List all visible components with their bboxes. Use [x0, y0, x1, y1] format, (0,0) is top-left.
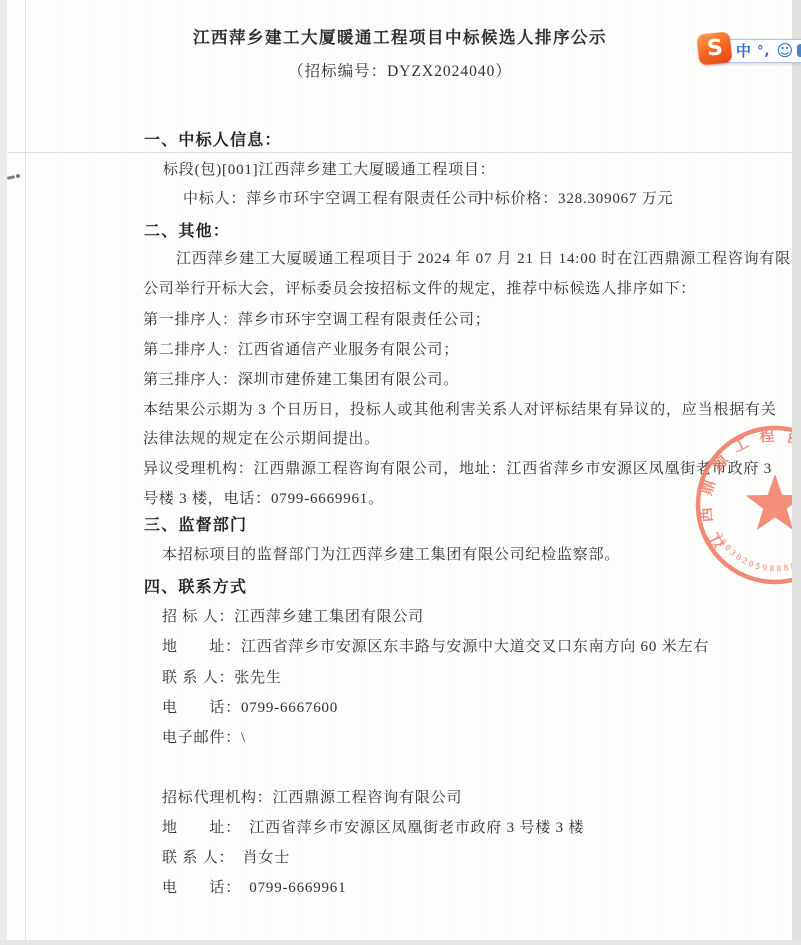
email-line: 电子邮件：\ [162, 726, 246, 747]
price-label: 中标价格： [479, 191, 558, 207]
tenderer-line: 招 标 人：江西萍乡建工集团有限公司 [162, 605, 424, 626]
scan-fold-line [25, 0, 26, 945]
scan-edge-left [0, 0, 7, 945]
agency-phone-line: 电 话： 0799-6669961 [162, 876, 346, 897]
objection-line: 号楼 3 楼，电话：0799-6669961。 [143, 487, 384, 508]
phone-line: 电 话：0799-6667600 [162, 696, 338, 717]
document-title: 江西萍乡建工大厦暖通工程项目中标候选人排序公示 [8, 24, 792, 48]
ime-punctuation-toggle[interactable]: °, [757, 45, 770, 58]
objection-line: 异议受理机构：江西鼎源工程咨询有限公司，地址：江西省萍乡市安源区凤凰街老市政府 … [143, 457, 772, 478]
official-seal: 江西鼎源工程咨询有限公司 36030205988886 [685, 415, 801, 595]
ime-emoji-button[interactable]: ☺ [776, 43, 793, 59]
agency-line: 招标代理机构：江西鼎源工程咨询有限公司 [162, 786, 462, 807]
agency-contact-line: 联 系 人： 肖女士 [162, 846, 290, 867]
rank1-line: 第一排序人：萍乡市环宇空调工程有限责任公司； [143, 308, 491, 329]
tender-number: （招标编号：DYZX2024040） [8, 59, 792, 81]
ime-logo-letter: S [706, 37, 723, 60]
section3-heading: 三、监督部门 [144, 512, 247, 535]
contact-line: 联 系 人：张先生 [162, 666, 282, 687]
scan-smudge [16, 174, 20, 178]
lot-line: 标段(包)[001]江西萍乡建工大厦暖通工程项目： [163, 158, 495, 179]
ime-partial-icon[interactable] [797, 44, 801, 57]
ime-logo-icon[interactable]: S [696, 31, 732, 65]
rank2-line: 第二排序人：江西省通信产业服务有限公司； [143, 338, 459, 359]
paragraph-line: 法律法规的规定在公示期间提出。 [143, 427, 380, 448]
winner-label: 中标人： [183, 191, 246, 207]
scan-artifact-line [7, 152, 792, 153]
winner-value: 萍乡市环宇空调工程有限责任公司 [246, 191, 483, 207]
scan-edge-bottom [0, 940, 801, 945]
ime-language-toggle[interactable]: 中 [736, 44, 751, 59]
paragraph-line: 江西萍乡建工大厦暖通工程项目于 2024 年 07 月 21 日 14:00 时… [176, 247, 791, 268]
price-line: 中标价格：328.309067 万元 [479, 187, 673, 208]
section4-heading: 四、联系方式 [144, 574, 247, 597]
paragraph-line: 本结果公示期为 3 个日历日，投标人或其他利害关系人对评标结果有异议的，应当根据… [143, 398, 777, 419]
section2-heading: 二、其他： [144, 218, 230, 241]
scan-edge-right [792, 0, 801, 945]
rank3-line: 第三排序人：深圳市建侨建工集团有限公司。 [143, 368, 459, 389]
winner-line: 中标人：萍乡市环宇空调工程有限责任公司 [183, 187, 483, 208]
section1-heading: 一、中标人信息： [144, 127, 282, 150]
paragraph-line: 公司举行开标大会，评标委员会按招标文件的规定，推荐中标候选人排序如下： [143, 277, 696, 298]
price-value: 328.309067 万元 [558, 191, 673, 207]
supervision-line: 本招标项目的监督部门为江西萍乡建工集团有限公司纪检监察部。 [162, 543, 620, 564]
address-line: 地 址：江西省萍乡市安源区东丰路与安源中大道交叉口东南方向 60 米左右 [162, 635, 709, 656]
agency-address-line: 地 址： 江西省萍乡市安源区凤凰街老市政府 3 号楼 3 楼 [162, 816, 584, 837]
